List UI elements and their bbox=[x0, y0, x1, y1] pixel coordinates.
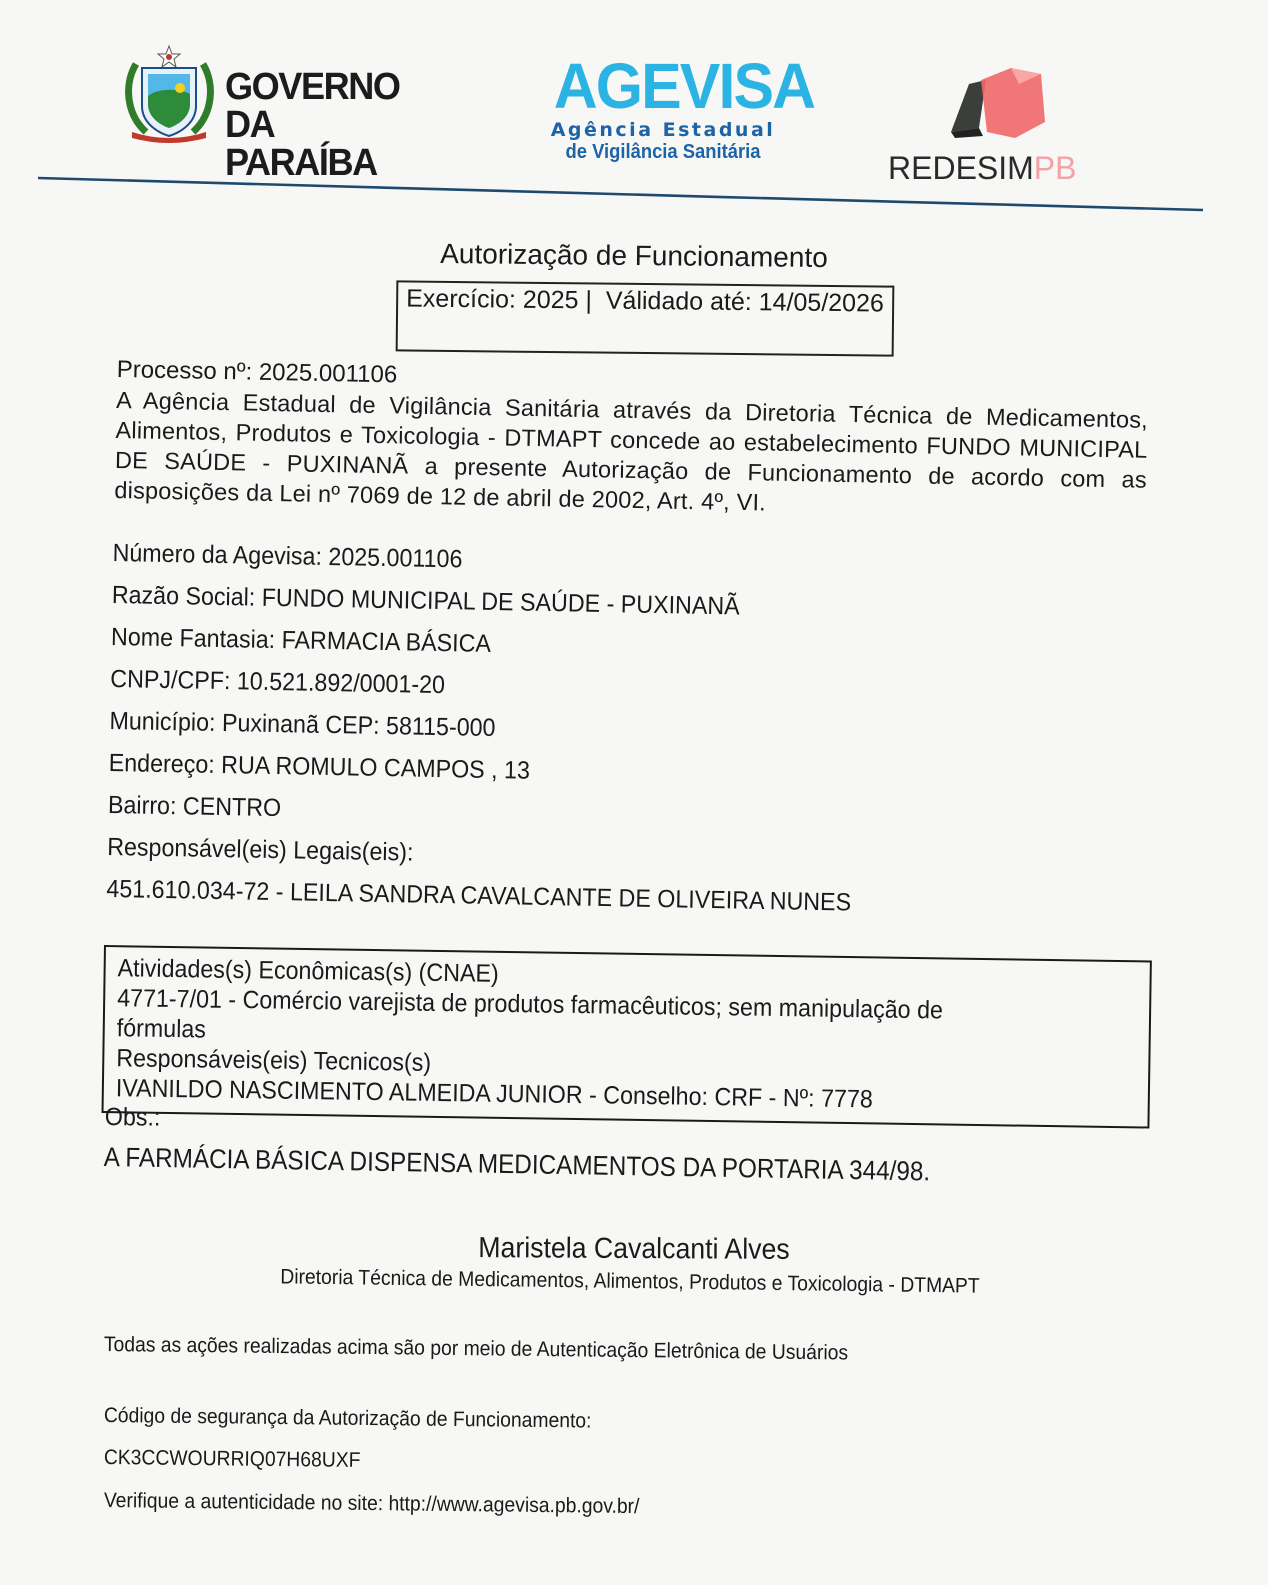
auth-note: Todas as ações realizadas acima são por … bbox=[104, 1333, 848, 1365]
field-value: CENTRO bbox=[183, 792, 282, 822]
field-label: Responsável(eis) Legais(eis): bbox=[107, 833, 414, 867]
authorization-paragraph: A Agência Estadual de Vigilância Sanitár… bbox=[114, 385, 1148, 525]
field-value: RUA ROMULO CAMPOS , 13 bbox=[221, 751, 530, 785]
field-label: Endereço: bbox=[109, 749, 215, 779]
field-value: FUNDO MUNICIPAL DE SAÚDE - PUXINANÃ bbox=[261, 584, 739, 621]
agevisa-wordmark: AGEVISA bbox=[554, 55, 773, 117]
field-label: Nome Fantasia: bbox=[111, 623, 276, 654]
field-label: Município: bbox=[109, 707, 215, 737]
establishment-fields: Número da Agevisa: 2025.001106 Razão Soc… bbox=[106, 532, 1013, 926]
field-value: 451.610.034-72 - LEILA SANDRA CAVALCANTE… bbox=[106, 875, 851, 917]
gov-logo-line1: GOVERNO bbox=[225, 68, 412, 106]
field-value: Puxinanã CEP: 58115-000 bbox=[222, 709, 496, 742]
field-value: 10.521.892/0001-20 bbox=[237, 667, 446, 699]
governo-paraiba-logo: GOVERNO DA PARAÍBA bbox=[122, 44, 422, 144]
agevisa-subtitle-2: de Vigilância Sanitária bbox=[557, 141, 769, 164]
security-code: CK3CCWOURRIQ07H68UXF bbox=[104, 1446, 361, 1473]
signer-name: Maristela Cavalcanti Alves bbox=[51, 1230, 1218, 1270]
obs-text: A FARMÁCIA BÁSICA DISPENSA MEDICAMENTOS … bbox=[104, 1142, 931, 1187]
agevisa-subtitle-1: Agência Estadual bbox=[548, 119, 778, 141]
field-value: FARMACIA BÁSICA bbox=[281, 626, 491, 658]
redesim-cube-icon bbox=[941, 62, 1051, 142]
validity-text: Exercício: 2025 | Válidado até: 14/05/20… bbox=[406, 284, 884, 318]
field-label: Bairro: bbox=[108, 791, 177, 820]
document-title: Autorização de Funcionamento bbox=[0, 233, 1268, 278]
validity-box: Exercício: 2025 | Válidado até: 14/05/20… bbox=[396, 280, 895, 356]
header-divider bbox=[38, 168, 1203, 216]
obs-label: Obs.: bbox=[105, 1103, 161, 1133]
field-label: CNPJ/CPF: bbox=[110, 665, 231, 695]
coat-of-arms-icon bbox=[122, 44, 217, 144]
agevisa-logo: AGEVISA Agência Estadual de Vigilância S… bbox=[548, 55, 778, 180]
authorization-body: Processo nº: 2025.001106 A Agência Estad… bbox=[114, 355, 1149, 525]
field-label: Número da Agevisa: bbox=[112, 539, 322, 571]
field-value: 2025.001106 bbox=[328, 543, 463, 573]
security-code-label: Código de segurança da Autorização de Fu… bbox=[104, 1404, 592, 1434]
field-label: Razão Social: bbox=[112, 581, 256, 612]
cnae-box: Atividades(s) Econômicas(s) (CNAE) 4771-… bbox=[102, 945, 1152, 1129]
verify-link[interactable]: Verifique a autenticidade no site: http:… bbox=[104, 1489, 640, 1519]
